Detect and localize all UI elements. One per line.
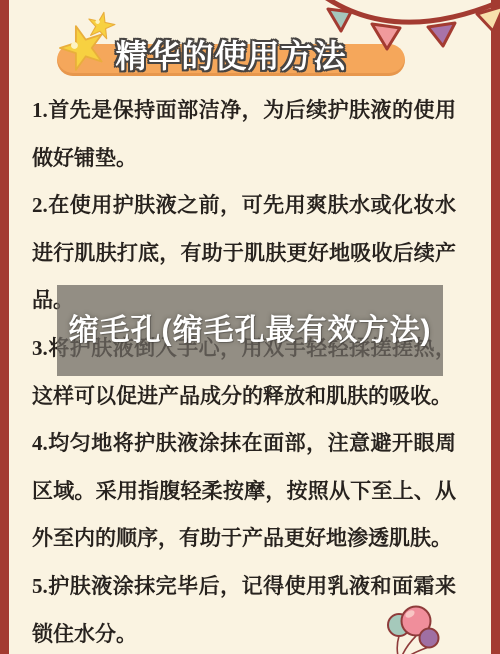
left-accent-bar <box>0 0 9 654</box>
step-item-5: 5.护肤液涂抹完毕后，记得使用乳液和面霜来锁住水分。 <box>32 563 456 654</box>
overlay-title: 缩毛孔(缩毛孔最有效方法) <box>64 314 436 348</box>
sparkle-stars-icon <box>55 5 125 77</box>
step-item-4: 4.均匀地将护肤液涂抹在面部，注意避开眼周区域。采用指腹轻柔按摩，按照从下至上、… <box>32 420 456 563</box>
step-item-1: 1.首先是保持面部洁净，为后续护肤液的使用做好铺垫。 <box>32 87 456 182</box>
infographic-card: 精华的使用方法 1.首先是保持面部洁净，为后续护肤液的使用做好铺垫。 2.在使用… <box>0 0 500 654</box>
bunting-flags-icon <box>308 0 500 62</box>
watermark-overlay: 缩毛孔(缩毛孔最有效方法) <box>57 285 443 376</box>
right-accent-bar <box>491 0 500 654</box>
